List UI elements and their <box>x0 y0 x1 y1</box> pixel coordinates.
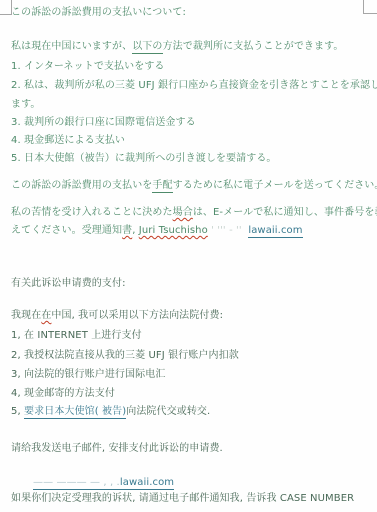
misspelled-word: 場合 <box>173 207 193 218</box>
erased-email-traces: ' ''' - '' <box>211 225 242 236</box>
jp-arrange-underlined: 手配 <box>152 180 172 193</box>
misspelled-word: 在 <box>41 310 51 321</box>
jp-intro-line: 私は現在中国にいますが、以下の方法で裁判所に支払うことができます。 <box>11 40 344 54</box>
jp-payment-method-2-line2: ます。 <box>11 98 41 112</box>
jp-intro-post: 方法で裁判所に支払うことができます。 <box>163 41 344 52</box>
email-link[interactable]: lawaii.com <box>248 225 302 238</box>
jp-section-title: この訴訟の訴訟費用の支払いについて: <box>11 6 186 20</box>
zh-section-title: 有关此诉讼申请费的支付: <box>11 277 126 291</box>
jp-notify-pre: 私の苦情を受け入れることに決めた <box>11 207 173 218</box>
erased-email-traces: —— ——— — , , . <box>33 477 120 488</box>
zh-payment-method-4: 4, 现金邮寄的方法支付 <box>11 387 115 401</box>
zh-intro-pre: 我现在 <box>11 310 41 321</box>
misspelled-romaji-name: Juri Tsuchisho <box>139 225 208 236</box>
jp-payment-method-3: 3. 裁判所の銀行口座に国際電信送金する <box>11 116 196 130</box>
jp-payment-method-5: 5. 日本大使館（被告）に裁判所への引き渡しを要請する。 <box>11 152 277 166</box>
email-link-visible: lawaii.com <box>120 477 174 488</box>
redacted-email-link-line: —— ——— — , , .lawaii.com <box>33 476 174 490</box>
jp-payment-method-4: 4. 現金郵送による支払い <box>11 134 125 148</box>
jp-notify-post: は、E-メールで私に通知し、事件番号を教 <box>193 207 377 218</box>
jp-intro-pre: 私は現在中国にいますが、 <box>11 41 132 52</box>
zh-item5-number: 5, <box>11 406 24 417</box>
zh-item5-underlined: 要求日本大使馆( 被告) <box>24 406 126 419</box>
text-boundary-mark-top-right <box>363 0 377 14</box>
document-page: この訴訟の訴訟費用の支払いについて: 私は現在中国にいますが、以下の方法で裁判所… <box>0 0 377 512</box>
jp-arrange-post: するために私に電子メールを送ってください。 <box>173 180 377 191</box>
zh-intro-post: 中国, 我可以采用以下方法向法院付费: <box>51 310 223 321</box>
zh-intro-line: 我现在在中国, 我可以采用以下方法向法院付费: <box>11 309 223 323</box>
zh-payment-method-1: 1, 在 INTERNET 上进行支付 <box>11 329 142 343</box>
zh-item5-post: 向法院代交或转交. <box>126 406 210 417</box>
jp-notify2-pre: えてください。受理通知 <box>11 225 122 236</box>
jp-payment-method-1: 1. インターネットで支払いをする <box>11 60 165 74</box>
jp-intro-underlined: 以下の <box>132 41 162 54</box>
jp-notify-line2: えてください。受理通知書, Juri Tsuchisho ' ''' - '' … <box>11 224 303 238</box>
zh-payment-method-5: 5, 要求日本大使馆( 被告)向法院代交或转交. <box>11 405 210 419</box>
jp-arrange-line: この訴訟の訴訟費用の支払いを手配するために私に電子メールを送ってください。 <box>11 179 377 193</box>
zh-payment-method-2: 2, 我授权法院直接从我的三菱 UFJ 银行账户内扣款 <box>11 349 239 363</box>
misspelled-word: 書 <box>122 225 132 236</box>
jp-payment-method-2-line1: 2. 私は、裁判所が私の三菱 UFJ 銀行口座から直接資金を引き落とすことを承認… <box>11 79 377 93</box>
redacted-email-link[interactable]: —— ——— — , , .lawaii.com <box>33 477 174 490</box>
zh-payment-method-3: 3, 向法院的银行账户进行国际电汇 <box>11 368 165 382</box>
jp-notify-line1: 私の苦情を受け入れることに決めた場合は、E-メールで私に通知し、事件番号を教 <box>11 206 377 220</box>
zh-email-request-line: 请给我发送电子邮件, 安排支付此诉讼的申请费. <box>11 442 223 456</box>
case-number-line: 如果你们决定受理我的诉状, 请通过电子邮件通知我, 告诉我 CASE NUMBE… <box>11 492 354 506</box>
jp-arrange-pre: この訴訟の訴訟費用の支払いを <box>11 180 152 191</box>
